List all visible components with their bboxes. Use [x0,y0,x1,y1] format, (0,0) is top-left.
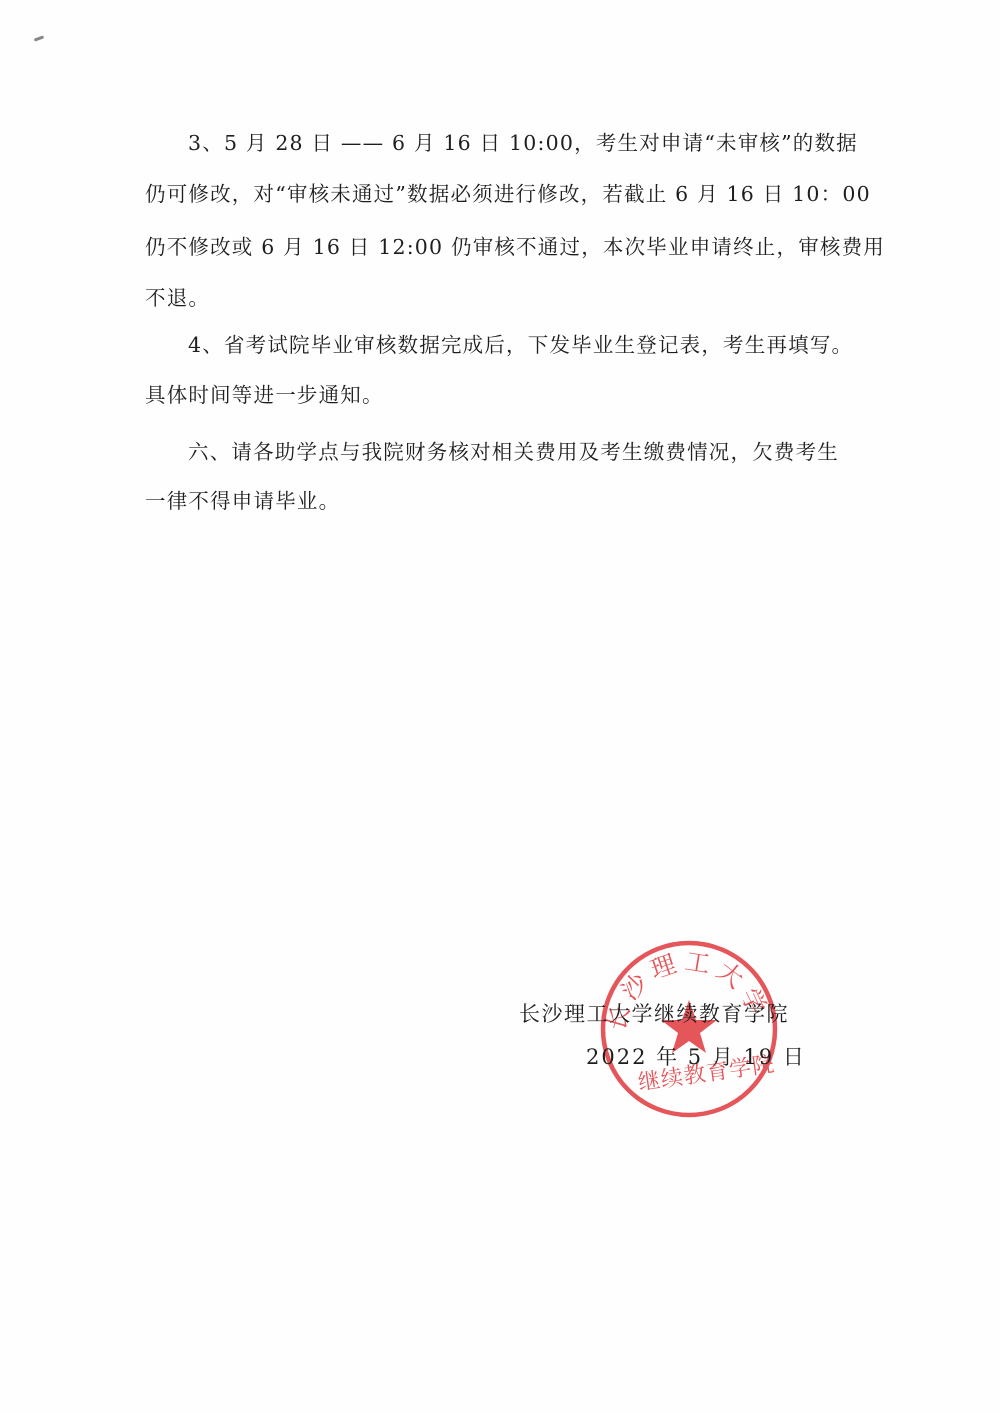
paragraph-item-4-line-2: 具体时间等进一步通知。 [145,380,865,410]
document-page: 3、5 月 28 日 —— 6 月 16 日 10:00，考生对申请“未审核”的… [0,0,1000,1413]
scan-artifact-mark [34,35,44,41]
paragraph-item-3-line-4: 不退。 [145,283,865,313]
official-seal-stamp: 长沙理工大学 继续教育学院 [598,938,780,1120]
paragraph-item-3-line-1: 3、5 月 28 日 —— 6 月 16 日 10:00，考生对申请“未审核”的… [188,128,908,158]
signature-organization: 长沙理工大学继续教育学院 [519,999,789,1029]
paragraph-item-4-line-1: 4、省考试院毕业审核数据完成后，下发毕业生登记表，考生再填写。 [188,330,908,360]
paragraph-item-3-line-3: 仍不修改或 6 月 16 日 12:00 仍审核不通过，本次毕业申请终止，审核费… [145,232,865,262]
signature-date: 2022 年 5 月 19 日 [586,1042,806,1072]
paragraph-item-3-line-2: 仍可修改，对“审核未通过”数据必须进行修改，若截止 6 月 16 日 10：00 [145,179,865,209]
paragraph-section-6-line-1: 六、请各助学点与我院财务核对相关费用及考生缴费情况，欠费考生 [188,437,908,467]
paragraph-section-6-line-2: 一律不得申请毕业。 [145,486,865,516]
